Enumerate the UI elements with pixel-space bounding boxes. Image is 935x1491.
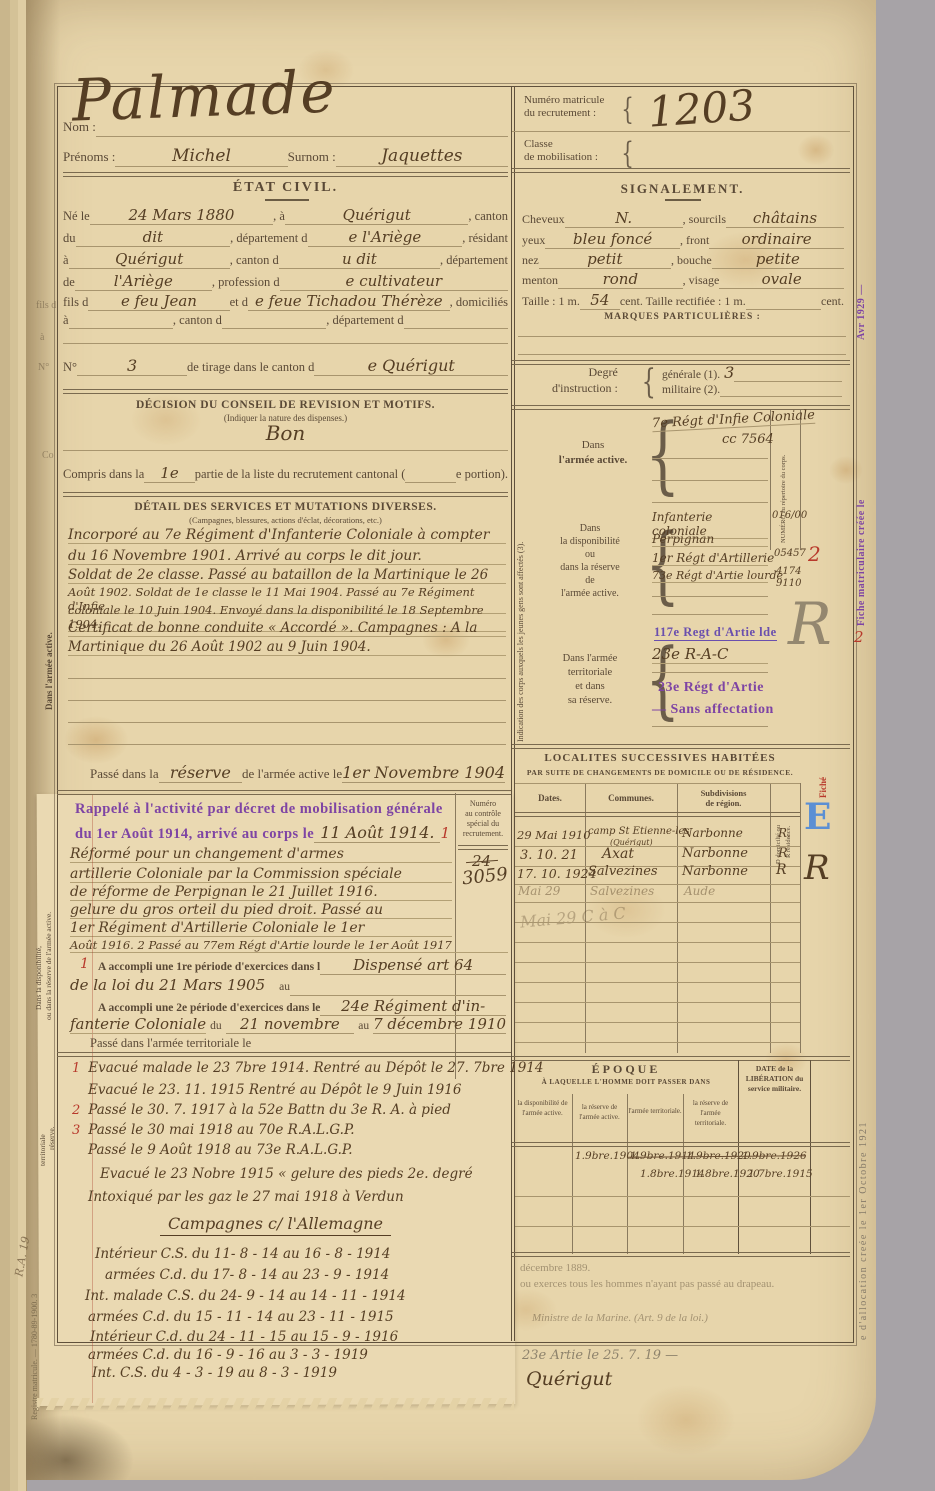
corps-terr-stamp2: 23e Régt d'Artie	[658, 680, 764, 696]
corps-dispo-num: 4174	[776, 566, 801, 577]
label: yeux	[522, 233, 545, 248]
epoque-col-header: la disponibilité de l'armée active.	[514, 1098, 571, 1118]
corps-terr-l3: et dans	[540, 680, 640, 694]
localites-row-rule	[515, 902, 800, 903]
margin-label-disponibilite-1: Dans la disponibilité,	[34, 840, 43, 1010]
signalement-row-taille: Taille : 1 m.54cent. Taille rectifiée : …	[522, 291, 844, 310]
epoque-col-header: la réserve de l'armée active.	[573, 1102, 626, 1122]
instruction-generale: générale (1).3	[662, 363, 842, 382]
compris-value: 1e	[144, 464, 195, 483]
corps-dispo-num: 9110	[776, 578, 801, 589]
prenoms-row: Prénoms : Michel Surnom : Jaquettes	[63, 146, 508, 167]
evacuation-line: 1Evacué malade le 23 7bre 1914. Rentré a…	[72, 1060, 510, 1076]
localites-row-rule	[515, 922, 800, 923]
label: fils d	[63, 295, 88, 310]
bottom-pencil-note: 23e Artie le 25. 7. 19 —	[522, 1348, 678, 1363]
corps-dispo-l5: de	[540, 574, 640, 587]
localites-row-rule	[515, 1022, 800, 1023]
label: , front	[680, 233, 709, 248]
rule	[57, 790, 511, 795]
blank-rule	[652, 502, 768, 503]
service-line: du 16 Novembre 1901. Arrivé au corps le …	[68, 548, 506, 565]
corps-dispo-l2: la disponibilité	[540, 535, 640, 548]
controle-header: Numéro au contrôle spécial du recrutemen…	[456, 799, 510, 839]
corps-dispo-l6: l'armée active.	[540, 587, 640, 600]
numero-matricule-label-line1: Numéro matricule	[524, 94, 604, 107]
scanned-military-register-page: { "page": { "spine_text": "Registre matr…	[0, 0, 935, 1491]
value: u dit	[279, 250, 440, 269]
detail-subtitle: (Campagnes, blessures, actions d'éclat, …	[63, 515, 508, 525]
corps-active-l2: l'armée active.	[548, 453, 638, 468]
stamp-red-2: 2	[854, 628, 864, 646]
corps-terr-l4: sa réserve.	[540, 694, 640, 708]
bottom-faint-line3: Ministre de la Marine. (Art. 9 de la loi…	[532, 1312, 708, 1324]
label: Passé dans l'armée territoriale le	[90, 1036, 251, 1051]
stamp-allocation: e d'allocation creée le 1er Octobre 1921	[858, 650, 869, 1340]
blank-rule	[68, 744, 506, 745]
decision-title: DÉCISION DU CONSEIL DE REVISION ET MOTIF…	[63, 399, 508, 411]
epoque-row-rule	[515, 1226, 850, 1227]
blank-rule	[652, 596, 768, 597]
campagne-line: Int. C.S. du 4 - 3 - 19 au 8 - 3 - 1919	[92, 1365, 337, 1381]
localites-col-line	[770, 783, 771, 1053]
territoriale-line: Passé dans l'armée territoriale le	[90, 1034, 506, 1053]
label: , profession d	[212, 275, 280, 290]
medical-note: Evacué le 23 Nobre 1915 « gelure des pie…	[100, 1166, 500, 1182]
mobilization-stamp-line1: Rappelé à l'activité par décret de mobil…	[75, 801, 443, 818]
epoque-top-rule	[512, 1056, 850, 1061]
compris-line: Compris dans la1epartie de la liste du r…	[63, 464, 508, 483]
evacuation-text: Passé le 30 mai 1918 au 70e R.A.L.G.P.	[88, 1122, 354, 1138]
localites-col-line	[800, 783, 801, 1053]
reserve-date: 1er Novembre 1904	[342, 763, 505, 783]
label: au	[358, 1020, 369, 1032]
evacuation-line: Evacué le 23. 11. 1915 Rentré au Dépôt l…	[88, 1082, 510, 1098]
stamp-fiche-red: Fiché	[818, 748, 828, 798]
service-line: Soldat de 2e classe. Passé au bataillon …	[68, 567, 506, 584]
margin-label-territoriale-2: réserve.	[47, 1070, 56, 1150]
label: nez	[522, 253, 539, 268]
corps-active-label: Dans l'armée active.	[548, 438, 638, 468]
signalement-flourish	[665, 199, 701, 201]
subdiv-line1: Subdivisions	[677, 788, 770, 798]
blank-rule	[652, 726, 768, 727]
label: e portion).	[456, 467, 508, 482]
epoque-title: ÉPOQUE	[515, 1062, 737, 1077]
localites-row-subdiv: Narbonne	[682, 846, 748, 861]
evacuation-line: Passé le 9 Août 1918 au 73e R.A.L.G.P.	[88, 1142, 510, 1158]
mobilization-line: Réformé pour un changement d'armes	[70, 846, 452, 863]
label: de tirage dans le canton d	[187, 360, 314, 375]
campagne-line: Intérieur C.S. du 11- 8 - 14 au 16 - 8 -…	[95, 1246, 390, 1262]
value: petit	[539, 250, 671, 269]
periode2-line2: fanterie Coloniale du 21 novembre au 7 d…	[70, 1015, 506, 1034]
nom-value: Palmade	[71, 57, 338, 134]
numero-tirage-label: N°	[63, 360, 77, 375]
epoque-subtitle: À LAQUELLE L'HOMME DOIT PASSER DANS	[515, 1078, 737, 1086]
label: , département d	[230, 231, 307, 246]
corps-terr-hand: 23e R-A-C	[652, 645, 768, 664]
marques-label: MARQUES PARTICULIÈRES :	[515, 312, 850, 322]
localites-col-dates: Dates.	[515, 793, 585, 803]
rule	[57, 1052, 511, 1057]
header-rule-left	[63, 172, 508, 177]
rule	[63, 492, 508, 497]
header-rule-right	[512, 168, 850, 173]
localites-row-dr: R.	[778, 826, 791, 840]
label: au	[279, 981, 290, 993]
torn-edge	[36, 1398, 514, 1410]
campagne-line: Intérieur C.d. du 24 - 11 - 15 au 15 - 9…	[90, 1329, 398, 1345]
instruction-militaire: militaire (2).	[662, 384, 842, 397]
value: châtains	[726, 209, 844, 228]
value: e l'Ariège	[308, 228, 463, 247]
corps-dispo-row: 73e Régt d'Artie lourde	[652, 569, 768, 583]
mobilization-stamp-line2: du 1er Août 1914, arrivé au corps le 11 …	[75, 823, 450, 843]
birth-line-6: à , canton d , département d	[63, 313, 508, 329]
etat-civil-title: ÉTAT CIVIL.	[63, 180, 508, 196]
periode2-line1: A accompli une 2e période d'exercices da…	[98, 997, 506, 1016]
periode1-line1: A accompli une 1re période d'exercices d…	[98, 956, 506, 975]
service-line: Incorporé au 7e Régiment d'Infanterie Co…	[68, 527, 506, 544]
label: , résidant	[462, 231, 508, 246]
value: bleu foncé	[545, 230, 680, 249]
rule	[63, 450, 508, 451]
localites-subtitle: PAR SUITE DE CHANGEMENTS DE DOMICILE OU …	[515, 768, 805, 777]
prenoms-label: Prénoms :	[63, 149, 115, 165]
red-index: 1	[72, 1061, 80, 1076]
blank-rule	[68, 700, 506, 701]
decision-value: Bon	[63, 421, 508, 445]
campagne-line: armées C.d. du 17- 8 - 14 au 23 - 9 - 19…	[105, 1267, 389, 1283]
reserve-line: Passé dans laréservede l'armée active le…	[90, 763, 505, 783]
label: militaire (2).	[662, 384, 720, 396]
corps-dispo-num: 05457	[774, 548, 806, 559]
label: cent.	[821, 294, 844, 309]
corps-dispo-row: 1er Régt d'Artillerie	[652, 551, 768, 566]
epoque-col-line	[810, 1060, 811, 1254]
localites-row-rule	[515, 846, 800, 847]
corps-dispo-l3: ou	[540, 548, 640, 561]
label: , domiciliés	[450, 295, 508, 310]
bottom-quérigut: Quérigut	[526, 1368, 612, 1390]
evacuation-text: Evacué le 23. 11. 1915 Rentré au Dépôt l…	[88, 1082, 461, 1098]
corps-dispo-l4: dans la réserve	[540, 561, 640, 574]
corps-dispo-num: 016/00	[772, 510, 807, 521]
rule	[63, 389, 508, 394]
tirage-line: N°3de tirage dans le canton de Quérigut	[63, 356, 508, 376]
localites-row-date-faint: Mai 29	[518, 884, 560, 898]
corps-terr-stamp1: 117e Regt d'Artie lde	[654, 625, 777, 641]
controle-header-l1: Numéro	[456, 799, 510, 809]
birth-line-3: àQuérigut, canton du dit, département	[63, 250, 508, 269]
epoque-col-header: l'armée territoriale.	[628, 1106, 682, 1116]
tirage-canton: e Quérigut	[314, 356, 508, 376]
signalement-row-menton: mentonrond, visageovale	[522, 270, 844, 289]
prenoms-value: Michel	[115, 146, 287, 167]
label: et d	[230, 295, 248, 310]
birth-line-4: del'Ariège, profession de cultivateur	[63, 272, 508, 291]
value: 24 Mars 1880	[90, 206, 273, 225]
localites-row-rule	[515, 1002, 800, 1003]
label: , canton d	[173, 313, 222, 328]
fragment-a: à	[40, 332, 44, 343]
corps-active-value2: cc 7564	[722, 432, 774, 447]
instruction-brace: {	[642, 362, 656, 402]
label: , à	[273, 209, 285, 224]
localites-header-top	[515, 783, 800, 784]
corps-red-2: 2	[808, 542, 821, 566]
value: e cultivateur	[280, 272, 508, 291]
bottom-faint-line1: décembre 1889.	[520, 1262, 590, 1274]
medical-note: Intoxiqué par les gaz le 27 mai 1918 à V…	[88, 1189, 498, 1205]
localites-col-line	[677, 783, 678, 1053]
label: de	[63, 275, 75, 290]
tirage-value: 3	[77, 356, 187, 376]
blank-rule	[652, 480, 768, 481]
value: ovale	[719, 270, 844, 289]
value: dit	[76, 228, 231, 247]
corps-numero-vertical-label: NUMÉRO au répertoire du corps.	[780, 418, 787, 543]
epoque-header-rule	[512, 1142, 850, 1147]
periode1-value2: de la loi du 21 Mars 1905	[70, 976, 265, 994]
campagne-line: Int. malade C.S. du 24- 9 - 14 au 14 - 1…	[85, 1288, 406, 1304]
numero-underrule	[512, 131, 850, 132]
etat-civil-flourish	[265, 199, 309, 201]
numero-brace: {	[621, 92, 633, 127]
localites-title: LOCALITES SUCCESSIVES HABITÉES	[515, 752, 805, 764]
corps-vertical-label: Indication des corps auxquels les jeunes…	[516, 412, 525, 742]
label: A accompli une 2e période d'exercices da…	[98, 1002, 320, 1014]
localites-header-rule	[515, 812, 800, 817]
periode2-to: 7 décembre 1910	[373, 1015, 506, 1034]
classe-label-line2: de mobilisation :	[524, 151, 598, 164]
epoque-col-line	[627, 1094, 628, 1254]
value: e feu Jean	[88, 292, 229, 311]
epoque-value-r2: 1.7bre.1915	[748, 1168, 813, 1180]
label: Passé dans la	[90, 766, 159, 782]
corps-terr-stamp3: — Sans affectation	[652, 702, 774, 718]
epoque-row-rule	[515, 1196, 850, 1197]
label: menton	[522, 273, 558, 288]
value: e feue Tichadou Thérèze	[248, 292, 450, 311]
corps-pencil-r: R	[788, 590, 832, 658]
blank-rule	[68, 722, 506, 723]
corps-numero-strip-left	[770, 410, 771, 550]
campagne-line: armées C.d. du 15 - 11 - 14 au 23 - 11 -…	[88, 1309, 394, 1325]
fragment-no: N°	[38, 362, 49, 373]
instruction-label-l2: d'instruction :	[552, 380, 618, 396]
signalement-row-cheveux: CheveuxN., sourcilschâtains	[522, 209, 844, 228]
localites-row-subdiv: Narbonne	[682, 826, 743, 840]
localites-row-rule	[515, 982, 800, 983]
localites-row-date: 17. 10. 1924	[517, 866, 597, 881]
rule	[63, 343, 508, 344]
controle-header-l2: au contrôle	[456, 809, 510, 819]
corps-terr-l1: Dans l'armée	[540, 652, 640, 666]
campagnes-title: Campagnes c/ l'Allemagne	[160, 1214, 391, 1236]
value: Quérigut	[69, 250, 230, 269]
corps-dispo-row: Perpignan	[652, 532, 768, 547]
red-mark-1: 1	[440, 824, 450, 842]
controle-header-l4: recrutement.	[456, 829, 510, 839]
label: , canton d	[230, 253, 279, 268]
service-line: Martinique du 26 Août 1902 au 9 Juin 190…	[68, 639, 506, 656]
arrival-date: 11 Août 1914.	[314, 823, 440, 843]
stamp-fiche-matriculaire: Fiche matriculaire créée le	[856, 348, 867, 626]
numero-matricule-label-line2: du recrutement :	[524, 107, 604, 120]
value: rond	[558, 270, 683, 289]
subdiv-line2: de région.	[677, 798, 770, 808]
value: N.	[565, 209, 683, 228]
label: partie de la liste du recrutement canton…	[195, 467, 406, 482]
blank	[720, 384, 842, 397]
blank	[290, 977, 506, 996]
value: 54	[580, 291, 620, 310]
surnom-label: Surnom :	[288, 149, 336, 165]
controle-header-l3: spécial du	[456, 819, 510, 829]
localites-row-subdiv: Narbonne	[682, 864, 748, 879]
mobilization-line: de réforme de Perpignan le 21 Juillet 19…	[70, 884, 452, 901]
label: Cheveux	[522, 212, 565, 227]
rule	[512, 744, 850, 749]
epoque-date-header: DATE de la LIBÉRATION du service militai…	[740, 1064, 809, 1094]
localites-row-dr: R	[778, 846, 788, 861]
mobilization-line: Août 1916. 2 Passé au 77em Régt d'Artie …	[70, 938, 508, 953]
label: , visage	[683, 273, 720, 288]
margin-label-territoriale-1: territoriale	[38, 1056, 47, 1166]
evacuation-line: 3Passé le 30 mai 1918 au 70e R.A.L.G.P.	[72, 1122, 510, 1138]
corps-terr-l2: territoriale	[540, 666, 640, 680]
blank-rule	[652, 614, 768, 615]
label: du	[63, 231, 76, 246]
campagne-line: armées C.d. du 16 - 9 - 16 au 3 - 3 - 19…	[88, 1347, 368, 1363]
label: , département	[440, 253, 508, 268]
mobilization-line: 1er Régiment d'Artillerie Coloniale le 1…	[70, 920, 452, 937]
corps-dispo-l1: Dans	[540, 522, 640, 535]
blank	[404, 313, 508, 329]
value: ordinaire	[709, 230, 844, 249]
mobilization-line: gelure du gros orteil du pied droit. Pas…	[70, 902, 452, 919]
localites-col-communes: Communes.	[585, 793, 677, 803]
instruction-label: Degré d'instruction :	[552, 364, 618, 396]
red-index: 3	[72, 1123, 80, 1138]
label: Compris dans la	[63, 467, 144, 482]
surnom-value: Jaquettes	[336, 146, 508, 167]
localites-row-rule	[515, 1042, 800, 1043]
label: du	[210, 1020, 222, 1032]
label: de l'armée active le	[242, 766, 342, 782]
corps-numero-strip-right	[800, 410, 801, 550]
birth-line-1: Né le24 Mars 1880, àQuérigut, canton	[63, 206, 508, 225]
label: , canton	[468, 209, 508, 224]
classe-label-line1: Classe	[524, 138, 598, 151]
controle-header-rule	[458, 845, 508, 850]
localites-row-date: 29 Mai 1910	[517, 828, 591, 842]
label: Taille : 1 m.	[522, 294, 580, 309]
evacuation-line: 2Passé le 30. 7. 1917 à la 52e Battn du …	[72, 1102, 510, 1118]
blank	[734, 369, 842, 382]
reserve-value: réserve	[159, 763, 242, 783]
blank	[251, 1034, 506, 1053]
localites-row-commune: Salvezines	[588, 864, 658, 879]
value: Quérigut	[285, 206, 468, 225]
mobilization-line: artillerie Coloniale par la Commission s…	[70, 866, 452, 883]
service-line: Certificat de bonne conduite « Accordé »…	[68, 620, 506, 637]
label: Né le	[63, 209, 90, 224]
blank-rule	[518, 336, 846, 337]
blank	[746, 294, 821, 310]
margin-blue-e: E	[804, 796, 831, 838]
periode1-line2: de la loi du 21 Mars 1905 au	[70, 976, 506, 996]
blank-rule	[652, 458, 768, 459]
localites-row-rule	[515, 942, 800, 943]
periode2-value2: fanterie Coloniale	[70, 1015, 206, 1034]
blank	[405, 467, 456, 483]
epoque-bottom-rule	[512, 1252, 850, 1257]
label: générale (1).	[662, 369, 720, 381]
localites-row-rule	[515, 962, 800, 963]
signalement-title: SIGNALEMENT.	[515, 181, 850, 197]
periode2-value: 24e Régiment d'in-	[320, 997, 506, 1016]
value: petite	[712, 250, 844, 269]
blank-rule	[68, 678, 506, 679]
signalement-row-nez: nezpetit, bouchepetite	[522, 250, 844, 269]
periode2-from: 21 novembre	[226, 1015, 355, 1034]
birth-line-2: dudit, département de l'Ariège, résidant	[63, 228, 508, 247]
margin-label-armee-active: Dans l'armée active.	[44, 560, 54, 710]
label: , bouche	[671, 253, 712, 268]
localites-row-subdiv-faint: Aude	[684, 884, 715, 898]
stamp-label: du 1er Août 1914, arrivé au corps le	[75, 826, 314, 843]
margin-big-r: R	[804, 848, 830, 888]
red-mark-paragraph: 1	[80, 956, 89, 972]
label: , sourcils	[683, 212, 726, 227]
blank-rule	[518, 354, 846, 355]
signalement-row-yeux: yeuxbleu foncé, frontordinaire	[522, 230, 844, 249]
column-divider	[511, 86, 515, 1341]
evacuation-text: Passé le 9 Août 1918 au 73e R.A.L.G.P.	[88, 1142, 353, 1158]
red-index: 2	[72, 1103, 80, 1118]
bottom-faint-line2: ou exerces tous les hommes n'ayant pas p…	[520, 1278, 774, 1290]
stamp-avr-1929: Avr 1929 —	[856, 278, 867, 340]
blank	[69, 313, 173, 329]
corps-active-l1: Dans	[548, 438, 638, 453]
epoque-col-header: la réserve de l'armée territoriale.	[684, 1098, 737, 1128]
detail-title: DÉTAIL DES SERVICES ET MUTATIONS DIVERSE…	[63, 501, 508, 513]
localites-col-subdiv: Subdivisions de région.	[677, 788, 770, 808]
label: , département d	[326, 313, 403, 328]
blank	[222, 313, 326, 329]
localites-row-date: 3. 10. 21	[520, 848, 578, 863]
margin-label-disponibilite-2: ou dans la réserve de l'armée active.	[44, 830, 53, 1020]
fragment-co: Co	[42, 450, 54, 461]
localites-row-commune: Axat	[602, 846, 634, 862]
evacuation-text: Passé le 30. 7. 1917 à la 52e Battn du 3…	[88, 1102, 451, 1118]
classe-label: Classe de mobilisation :	[524, 138, 598, 164]
corps-dispo-label: Dans la disponibilité ou dans la réserve…	[540, 522, 640, 600]
numero-matricule-value: 1203	[646, 80, 756, 136]
instruction-label-l1: Degré	[552, 364, 618, 380]
label: cent. Taille rectifiée : 1 m.	[620, 294, 746, 309]
blank-rule	[652, 672, 768, 673]
localites-row-commune: camp St Etienne-les	[588, 826, 690, 837]
value: 3	[724, 363, 734, 382]
corps-terr-label: Dans l'armée territoriale et dans sa rés…	[540, 652, 640, 708]
classe-brace: {	[621, 136, 633, 171]
numero-matricule-label: Numéro matricule du recrutement :	[524, 94, 604, 120]
label: A accompli une 1re période d'exercices d…	[98, 961, 320, 973]
